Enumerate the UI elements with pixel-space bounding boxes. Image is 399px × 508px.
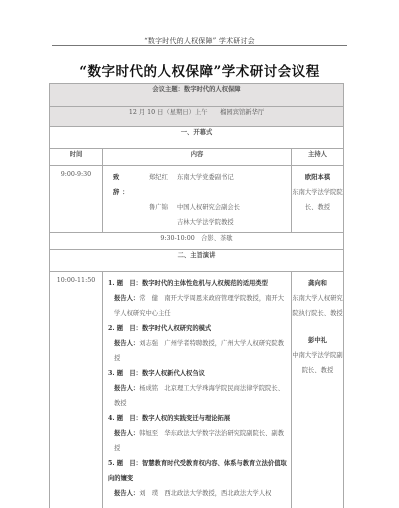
host-title: 中南大学法学院副院长、教授 xyxy=(292,348,343,378)
date-venue-row: 12 月 10 日（星期日）上午 榴园宾馆新华厅 xyxy=(50,107,344,127)
opening-row: 9:00-9:30 致 辞： 郑纪红 东南大学党委副书记 鲁广锦 中国人权研究会… xyxy=(50,166,344,233)
header-divider xyxy=(52,45,347,46)
speaker-title: 东南大学党委副书记 xyxy=(177,170,287,200)
talk-item: 2. 题 目：数字时代人权研究的模式 报告人：刘志强 广州学者特聘教授，广州大学… xyxy=(108,321,287,366)
host-item: 龚向和 东南大学人权研究院执行院长、教授 xyxy=(292,276,343,321)
host-name: 龚向和 xyxy=(292,276,343,291)
section-keynote-row: 二、主旨演讲 xyxy=(50,250,344,272)
speaker-title: 中国人权研究会副会长 xyxy=(177,200,287,215)
theme-row: 会议主题：数字时代的人权保障 xyxy=(50,84,344,107)
talk-title: 1. 题 目：数字时代的主体性危机与人权规范的适用类型 xyxy=(108,276,287,291)
host-title: 东南大学法学院院长、教授 xyxy=(292,185,343,215)
talk-item: 3. 题 目：数字人权新代人权刍议 报告人：杨成铭 北京理工大学珠海学院民商法律… xyxy=(108,366,287,411)
speaker-title: 吉林大学法学院教授 xyxy=(177,215,287,230)
conference-theme: 会议主题：数字时代的人权保障 xyxy=(50,84,344,107)
reporter-info: 杨成铭 北京理工大学珠海学院民商法律学院院长、教授 xyxy=(114,385,284,407)
speaker-name: 鲁广锦 xyxy=(149,200,177,215)
host-name: 彭中礼 xyxy=(292,333,343,348)
reporter-label: 报告人： xyxy=(114,385,139,392)
speaker-name: 郑纪红 xyxy=(149,170,177,200)
page-title: “数字时代的人权保障”学术研讨会议程 xyxy=(0,60,399,80)
greeting-list: 致 辞： 郑纪红 东南大学党委副书记 鲁广锦 中国人权研究会副会长 吉林大学法学… xyxy=(113,170,287,230)
keynote-hosts: 龚向和 东南大学人权研究院执行院长、教授 彭中礼 中南大学法学院副院长、教授 xyxy=(292,272,344,508)
section-keynote-title: 二、主旨演讲 xyxy=(50,250,344,272)
reporter-label: 报告人： xyxy=(114,340,139,347)
reporter-label: 报告人： xyxy=(114,490,139,497)
talk-title: 2. 题 目：数字时代人权研究的模式 xyxy=(108,321,287,336)
break-row: 9:30-10:00 合影、茶歇 xyxy=(50,233,344,250)
greeting-label: 致 辞： xyxy=(113,170,149,200)
talk-title: 3. 题 目：数字人权新代人权刍议 xyxy=(108,366,287,381)
opening-content: 致 辞： 郑纪红 东南大学党委副书记 鲁广锦 中国人权研究会副会长 吉林大学法学… xyxy=(103,166,292,233)
agenda-table: 会议主题：数字时代的人权保障 12 月 10 日（星期日）上午 榴园宾馆新华厅 … xyxy=(49,83,344,508)
reporter-label: 报告人： xyxy=(114,295,139,302)
talk-title: 4. 题 目：数字人权的实践变迁与理论拓展 xyxy=(108,411,287,426)
opening-host: 欧阳本祺 东南大学法学院院长、教授 xyxy=(292,166,344,233)
talk-item: 4. 题 目：数字人权的实践变迁与理论拓展 报告人：韩旭至 华东政法大学数字法治… xyxy=(108,411,287,456)
column-header-content: 内容 xyxy=(103,149,292,166)
column-header-row: 时间 内容 主持人 xyxy=(50,149,344,166)
reporter-info: 刘 璞 西北政法大学教授，西北政法大学人权 xyxy=(139,490,271,497)
keynote-row: 10:00-11:50 1. 题 目：数字时代的主体性危机与人权规范的适用类型 … xyxy=(50,272,344,508)
talk-item: 1. 题 目：数字时代的主体性危机与人权规范的适用类型 报告人：常 健 南开大学… xyxy=(108,276,287,321)
reporter-label: 报告人： xyxy=(114,430,139,437)
keynote-time: 10:00-11:50 xyxy=(50,272,103,508)
column-header-host: 主持人 xyxy=(292,149,344,166)
break-info: 9:30-10:00 合影、茶歇 xyxy=(50,233,344,250)
reporter-info: 韩旭至 华东政法大学数字法治研究院副院长、副教授 xyxy=(114,430,284,452)
reporter-info: 常 健 南开大学周恩来政府管理学院教授，南开大学人权研究中心主任 xyxy=(114,295,284,317)
host-name: 欧阳本祺 xyxy=(292,170,343,185)
date-venue: 12 月 10 日（星期日）上午 榴园宾馆新华厅 xyxy=(50,107,344,127)
talk-item: 5. 题 目：智慧教育时代受教育权内容、体系与教育立法价值取向的嬗变 报告人：刘… xyxy=(108,456,287,501)
keynote-content: 1. 题 目：数字时代的主体性危机与人权规范的适用类型 报告人：常 健 南开大学… xyxy=(103,272,292,508)
host-title: 东南大学人权研究院执行院长、教授 xyxy=(292,291,343,321)
column-header-time: 时间 xyxy=(50,149,103,166)
talk-title: 5. 题 目：智慧教育时代受教育权内容、体系与教育立法价值取向的嬗变 xyxy=(108,456,287,486)
host-item: 彭中礼 中南大学法学院副院长、教授 xyxy=(292,333,343,378)
reporter-info: 刘志强 广州学者特聘教授，广州大学人权研究院教授 xyxy=(114,340,284,362)
section-opening-title: 一、开幕式 xyxy=(50,127,344,149)
section-opening-row: 一、开幕式 xyxy=(50,127,344,149)
opening-time: 9:00-9:30 xyxy=(50,166,103,233)
